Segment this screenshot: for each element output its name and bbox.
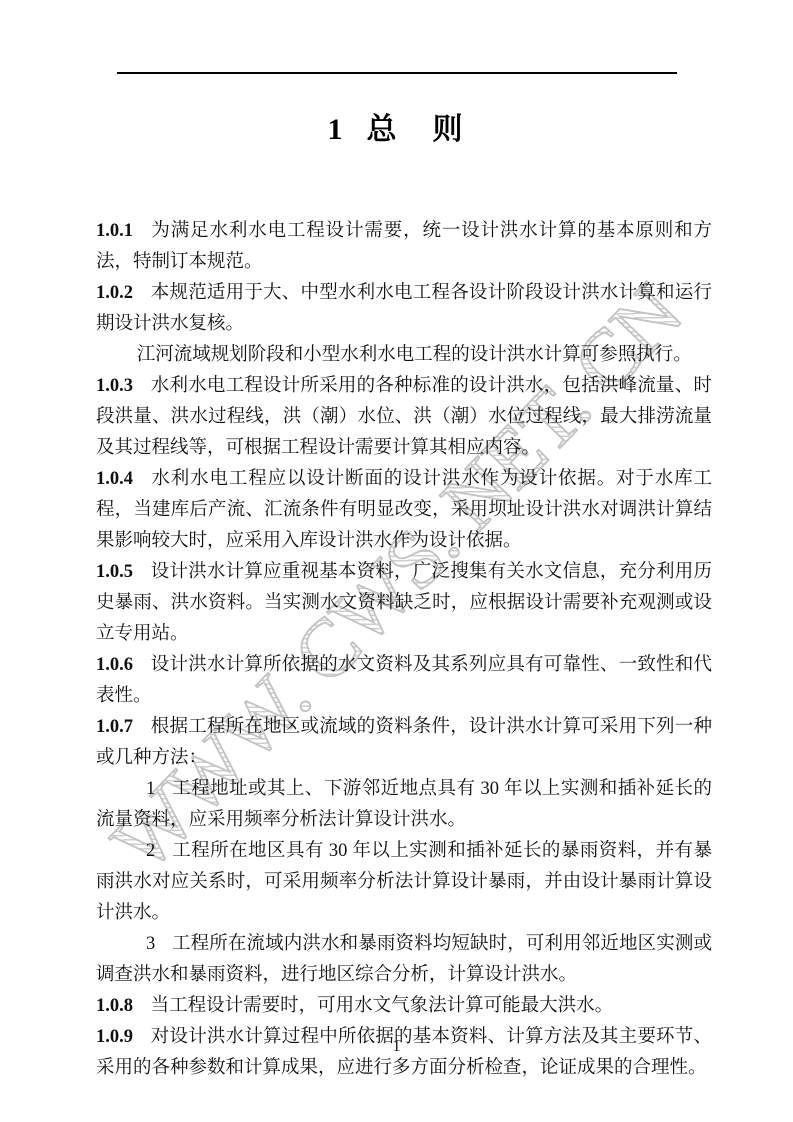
page-number: 1 bbox=[0, 1036, 793, 1056]
clause-1.0.7: 1.0.7根据工程所在地区或流域的资料条件，设计洪水计算可采用下列一种或几种方法… bbox=[96, 712, 712, 774]
subitem-1: 1工程地址或其上、下游邻近地点具有 30 年以上实测和插补延长的流量资料，应采用… bbox=[96, 774, 712, 836]
clause-1.0.3: 1.0.3水利水电工程设计所采用的各种标准的设计洪水，包括洪峰流量、时段洪量、洪… bbox=[96, 371, 712, 464]
header-rule bbox=[117, 72, 677, 74]
clause-1.0.4: 1.0.4水利水电工程应以设计断面的设计洪水作为设计依据。对于水库工程，当建库后… bbox=[96, 464, 712, 557]
clause-number: 1.0.4 bbox=[96, 469, 133, 489]
subitem-2: 2工程所在地区具有 30 年以上实测和插补延长的暴雨资料，并有暴雨洪水对应关系时… bbox=[96, 836, 712, 929]
subitem-text: 工程所在流域内洪水和暴雨资料均短缺时，可利用邻近地区实测或调查洪水和暴雨资料，进… bbox=[96, 934, 712, 985]
subitem-text: 工程所在地区具有 30 年以上实测和插补延长的暴雨资料，并有暴雨洪水对应关系时，… bbox=[96, 841, 712, 923]
clause-1.0.8: 1.0.8当工程设计需要时，可用水文气象法计算可能最大洪水。 bbox=[96, 991, 712, 1022]
subitem-number: 3 bbox=[146, 934, 155, 954]
clause-text: 水利水电工程应以设计断面的设计洪水作为设计依据。对于水库工程，当建库后产流、汇流… bbox=[96, 469, 712, 551]
clause-1.0.6: 1.0.6设计洪水计算所依据的水文资料及其系列应具有可靠性、一致性和代表性。 bbox=[96, 650, 712, 712]
clause-text: 本规范适用于大、中型水利水电工程各设计阶段设计洪水计算和运行期设计洪水复核。 bbox=[96, 283, 712, 334]
clause-number: 1.0.7 bbox=[96, 717, 133, 737]
clause-number: 1.0.5 bbox=[96, 562, 133, 582]
clause-number: 1.0.6 bbox=[96, 655, 133, 675]
clause-1.0.2-note: 江河流域规划阶段和小型水利水电工程的设计洪水计算可参照执行。 bbox=[96, 340, 712, 371]
subitem-text: 工程地址或其上、下游邻近地点具有 30 年以上实测和插补延长的流量资料，应采用频… bbox=[96, 779, 712, 830]
clause-number: 1.0.8 bbox=[96, 996, 133, 1016]
clause-number: 1.0.2 bbox=[96, 283, 133, 303]
clause-1.0.5: 1.0.5设计洪水计算应重视基本资料，广泛搜集有关水文信息，充分利用历史暴雨、洪… bbox=[96, 557, 712, 650]
subitem-number: 2 bbox=[146, 841, 155, 861]
clause-text: 设计洪水计算应重视基本资料，广泛搜集有关水文信息，充分利用历史暴雨、洪水资料。当… bbox=[96, 562, 712, 644]
clause-text: 根据工程所在地区或流域的资料条件，设计洪水计算可采用下列一种或几种方法： bbox=[96, 717, 712, 768]
subitem-3: 3工程所在流域内洪水和暴雨资料均短缺时，可利用邻近地区实测或调查洪水和暴雨资料，… bbox=[96, 929, 712, 991]
clause-text: 当工程设计需要时，可用水文气象法计算可能最大洪水。 bbox=[151, 996, 614, 1016]
document-body: 1.0.1为满足水利水电工程设计需要，统一设计洪水计算的基本原则和方法，特制订本… bbox=[96, 216, 712, 1084]
clause-text: 水利水电工程设计所采用的各种标准的设计洪水，包括洪峰流量、时段洪量、洪水过程线，… bbox=[96, 376, 712, 458]
clause-1.0.1: 1.0.1为满足水利水电工程设计需要，统一设计洪水计算的基本原则和方法，特制订本… bbox=[96, 216, 712, 278]
clause-text: 江河流域规划阶段和小型水利水电工程的设计洪水计算可参照执行。 bbox=[137, 345, 692, 365]
clause-text: 设计洪水计算所依据的水文资料及其系列应具有可靠性、一致性和代表性。 bbox=[96, 655, 712, 706]
document-page: WWW. CWS. NET. CN 1 总 则 1.0.1为满足水利水电工程设计… bbox=[0, 0, 793, 1122]
subitem-number: 1 bbox=[146, 779, 155, 799]
clause-text: 为满足水利水电工程设计需要，统一设计洪水计算的基本原则和方法，特制订本规范。 bbox=[96, 221, 712, 272]
clause-number: 1.0.1 bbox=[96, 221, 133, 241]
clause-1.0.2: 1.0.2本规范适用于大、中型水利水电工程各设计阶段设计洪水计算和运行期设计洪水… bbox=[96, 278, 712, 340]
chapter-title: 1 总 则 bbox=[0, 104, 793, 148]
clause-number: 1.0.3 bbox=[96, 376, 133, 396]
